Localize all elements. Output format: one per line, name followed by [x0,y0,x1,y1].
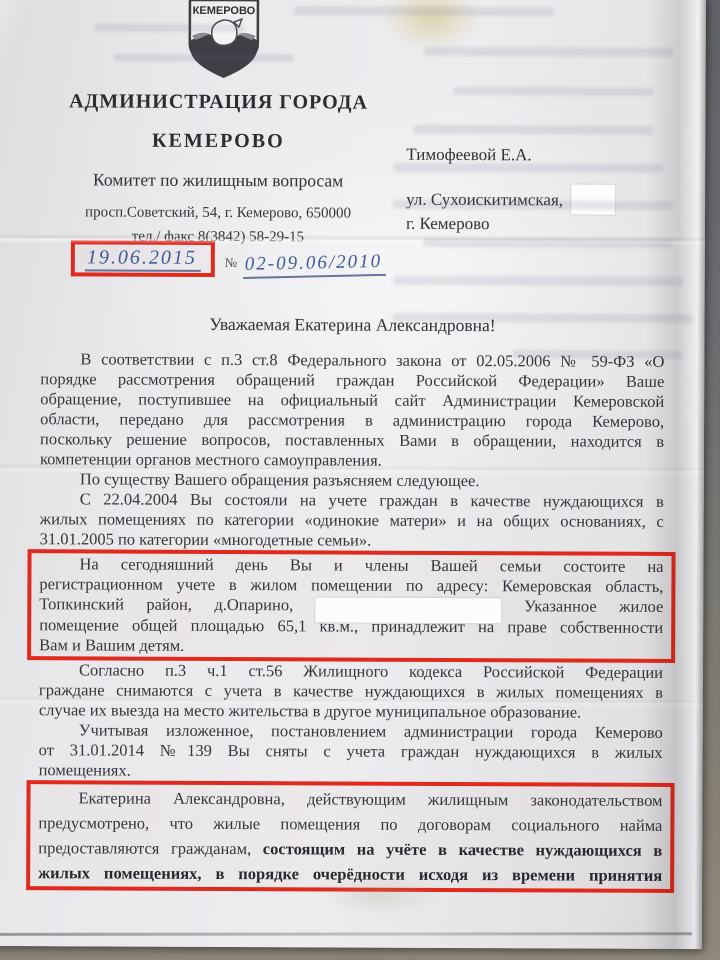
body-text: Указанное жилое [524,596,663,616]
body-line: Вам и Вашим детям. [39,635,663,658]
body-line: По существу Вашего обращения разъясняем … [40,469,664,492]
body-line: области, передано для рассмотрения в адм… [40,409,664,432]
recipient-street: ул. Сухоискитимская, [406,188,615,215]
redaction-box-house-number [571,185,615,215]
date-number-row: 19.06.2015 № 02-09.06/2010 [71,240,387,277]
photo-of-document: { "letterhead": { "emblem_label": "КЕМЕР… [0,0,720,960]
number-sign: № [225,255,237,271]
letter-paper: КЕМЕРОВО АДМИНИСТРАЦИЯ ГОРОДА КЕМЕРОВО К… [0,0,706,949]
bleed-through-text [454,87,654,96]
body-line: жилых помещениях по категории «одинокие … [40,509,664,532]
postal-address: просп.Советский, 54, г. Кемерово, 650000 [53,204,383,222]
recipient-street-text: ул. Сухоискитимская, [406,190,563,210]
bleed-through-text [413,125,653,135]
body-line: порядке рассмотрения обращений граждан Р… [40,369,664,392]
body-line: 31.01.2005 по категории «многодетные сем… [40,529,664,552]
red-highlight-box-queue: Екатерина Александровна, действующим жил… [26,780,674,893]
organization-name-line1: АДМИНИСТРАЦИЯ ГОРОДА [53,90,383,114]
body-line: В соответствии с п.3 ст.8 Федерального з… [40,349,664,372]
body-line-with-redaction: Топкинский район, д.Опарино, Указанное ж… [39,594,663,617]
body-line-mixed: предоставляются гражданам, состоящим на … [38,835,662,863]
body-line: С 22.04.2004 Вы состояли на учете гражда… [40,489,664,512]
recipient-name: Тимофеевой Е.А. [406,145,615,166]
red-highlight-box-registration: На сегодняшний день Вы и члены Вашей сем… [27,549,675,663]
body-line: компетенции органов местного самоуправле… [40,449,664,472]
body-line: Екатерина Александровна, действующим жил… [38,785,662,813]
department-name: Комитет по жилищным вопросам [53,169,383,191]
bleed-through-text [424,47,674,57]
body-line: обращение, поступившее на официальный са… [40,389,664,412]
body-line: Учитывая изложенное, постановлением адми… [39,720,663,743]
body-line: поскольку решение вопросов, поставленных… [40,429,664,452]
body-line: Согласно п.3 ч.1 ст.56 Жилищного кодекса… [39,660,663,683]
salutation: Уважаемая Екатерина Александровна! [41,313,665,337]
kemerovo-coat-of-arms: КЕМЕРОВО [180,0,268,83]
paper-stain [320,874,440,915]
red-highlight-box-date: 19.06.2015 [71,240,215,277]
body-line: регистрационном учете в жилом помещении … [39,574,663,597]
paper-stain [382,0,482,51]
emblem-label: КЕМЕРОВО [193,5,256,17]
body-line: граждане снимаются с учета в качестве ну… [39,680,663,703]
body-text: Топкинский район, д.Опарино, [39,594,293,614]
recipient-city: г. Кемерово [406,214,615,235]
body-line: помещение общей площадью 65,1 кв.м., при… [39,615,663,638]
body-line: предусмотрено, что жилые помещения по до… [38,810,662,838]
body-line: случае их выезда на место жительства в д… [39,700,663,723]
bleed-through-text [393,276,683,286]
body-text-bold: состоящим на учёте в качестве нуждающихс… [263,839,663,860]
letter-body: В соответствии с п.3 ст.8 Федерального з… [38,349,664,892]
body-line: помещениях. [39,760,663,783]
body-line: На сегодняшний день Вы и члены Вашей сем… [39,554,663,577]
body-text: предоставляются гражданам, [38,838,251,858]
body-line: от 31.01.2014 №139 Вы сняты с учета граж… [39,740,663,763]
handwritten-outgoing-number: 02-09.06/2010 [243,251,387,279]
second-sheet-edge [0,932,692,936]
handwritten-date: 19.06.2015 [85,246,201,272]
bleed-through-text [423,238,673,248]
organization-name-line2: КЕМЕРОВО [53,129,383,153]
recipient-block: Тимофеевой Е.А. ул. Сухоискитимская, г. … [406,145,615,235]
